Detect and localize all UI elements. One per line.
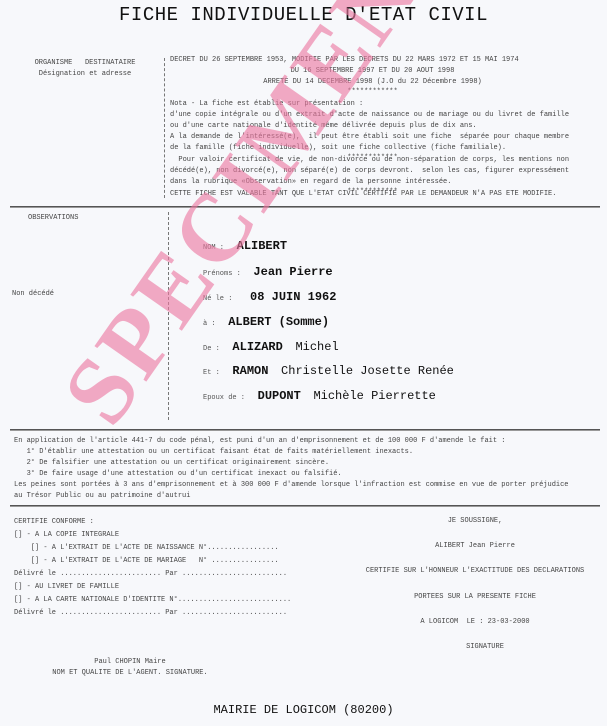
nota-block: Nota - La fiche est établie sur présenta… — [170, 99, 600, 163]
nota-line: A la demande de l'intéressé(e), il peut … — [170, 132, 600, 143]
header-divider — [164, 58, 165, 198]
field-nom: NOM : ALIBERT — [203, 236, 287, 254]
observation-status: Non décédé — [12, 289, 54, 300]
prenoms-label: Prénoms : — [203, 270, 241, 278]
prenoms-value: Jean Pierre — [253, 265, 332, 279]
place-date: A LOGICOM LE : 23-03-2000 — [350, 617, 600, 628]
legal-line: 1° D'établir une attestation ou un certi… — [14, 447, 569, 458]
field-pere: De : ALIZARD Michel — [203, 337, 339, 355]
decree-line: DU 16 SEPTEMBRE 1997 ET DU 20 AOUT 1998 — [170, 66, 575, 77]
certifie-carte-identite[interactable]: [] - A LA CARTE NATIONALE D'IDENTITE N°.… — [14, 594, 291, 607]
nom-label: NOM : — [203, 244, 224, 252]
nota-line: Nota - La fiche est établie sur présenta… — [170, 99, 600, 110]
je-soussigne: JE SOUSSIGNE, — [350, 516, 600, 527]
certifie-block: CERTIFIE CONFORME : [] - A LA COPIE INTE… — [14, 516, 291, 620]
certificat-line: Pour valoir certificat de vie, de non-di… — [170, 155, 600, 166]
certifie-extrait-mariage[interactable]: [] - A L'EXTRAIT DE L'ACTE DE MARIAGE N°… — [14, 555, 291, 568]
legal-line: au Trésor Public ou au patrimoine d'autr… — [14, 491, 569, 502]
agent-name: Paul CHOPIN Maire — [20, 657, 240, 668]
nota-line: ou d'une carte nationale d'identité même… — [170, 121, 600, 132]
field-ne-le: Né le : 08 JUIN 1962 — [203, 287, 336, 305]
delivre-le-line: Délivré le ........................ Par … — [14, 568, 291, 581]
signature-label: SIGNATURE — [360, 642, 607, 653]
validity-line: CETTE FICHE EST VALABLE TANT QUE L'ETAT … — [170, 189, 556, 200]
observations-label: OBSERVATIONS — [28, 213, 78, 224]
certificat-line: décédé(e), non divorcé(e), non séparé(e)… — [170, 166, 600, 177]
legal-block: En application de l'article 441-7 du cod… — [14, 436, 569, 502]
certifie-livret-famille[interactable]: [] - AU LIVRET DE FAMILLE — [14, 581, 291, 594]
divider — [10, 505, 600, 507]
field-lieu: à : ALBERT (Somme) — [203, 312, 329, 330]
decree-block: DECRET DU 26 SEPTEMBRE 1953, MODIFIE PAR… — [170, 55, 600, 97]
legal-line: 3° De faire usage d'une attestation ou d… — [14, 469, 569, 480]
designation-label: Désignation et adresse — [10, 69, 160, 80]
divider — [10, 429, 600, 431]
portees-line: PORTEES SUR LA PRESENTE FICHE — [350, 592, 600, 603]
decree-line: DECRET DU 26 SEPTEMBRE 1953, MODIFIE PAR… — [170, 55, 600, 66]
certifie-copie-integrale[interactable]: [] - A LA COPIE INTEGRALE — [14, 529, 291, 542]
field-mere: Et : RAMON Christelle Josette Renée — [203, 361, 454, 379]
organisme-label: ORGANISME DESTINATAIRE — [10, 58, 160, 69]
pere-surname: ALIZARD — [232, 340, 282, 354]
certificat-line: dans la rubrique «Observation» en regard… — [170, 177, 600, 188]
nota-line: de la famille (fiche individuelle), soit… — [170, 143, 600, 154]
decree-line: ARRETE DU 14 DECEMBRE 1998 (J.O du 22 Dé… — [170, 77, 575, 88]
epoux-surname: DUPONT — [258, 389, 301, 403]
page-title: FICHE INDIVIDUELLE D'ETAT CIVIL — [0, 4, 607, 26]
mere-given: Christelle Josette Renée — [281, 364, 454, 378]
field-epoux: Epoux de : DUPONT Michèle Pierrette — [203, 386, 436, 404]
certifie-extrait-naissance[interactable]: [] - A L'EXTRAIT DE L'ACTE DE NAISSANCE … — [14, 542, 291, 555]
lieu-label: à : — [203, 320, 216, 328]
mere-surname: RAMON — [232, 364, 268, 378]
legal-line: Les peines sont portées à 3 ans d'empris… — [14, 480, 569, 491]
legal-line: En application de l'article 441-7 du cod… — [14, 436, 569, 447]
epoux-label: Epoux de : — [203, 394, 245, 402]
mere-label: Et : — [203, 369, 220, 377]
ne-le-label: Né le : — [203, 295, 232, 303]
delivre-le-line: Délivré le ........................ Par … — [14, 607, 291, 620]
field-prenoms: Prénoms : Jean Pierre — [203, 262, 333, 280]
nom-value: ALIBERT — [237, 239, 287, 253]
lieu-value: ALBERT (Somme) — [228, 315, 329, 329]
certifie-title: CERTIFIE CONFORME : — [14, 516, 291, 529]
ne-le-value: 08 JUIN 1962 — [250, 290, 336, 304]
nota-line: d'une copie intégrale ou d'un extrait d'… — [170, 110, 600, 121]
identity-divider — [168, 212, 169, 420]
pere-label: De : — [203, 345, 220, 353]
separator-stars: ************ — [170, 88, 575, 97]
legal-line: 2° De falsifier une attestation ou un ce… — [14, 458, 569, 469]
divider — [10, 206, 600, 208]
epoux-given: Michèle Pierrette — [313, 389, 435, 403]
agent-caption: NOM ET QUALITE DE L'AGENT. SIGNATURE. — [20, 668, 240, 679]
certifie-honneur: CERTIFIE SUR L'HONNEUR L'EXACTITUDE DES … — [350, 566, 600, 577]
declarant-name: ALIBERT Jean Pierre — [350, 541, 600, 552]
pere-given: Michel — [295, 340, 338, 354]
mairie-footer: MAIRIE DE LOGICOM (80200) — [0, 703, 607, 717]
